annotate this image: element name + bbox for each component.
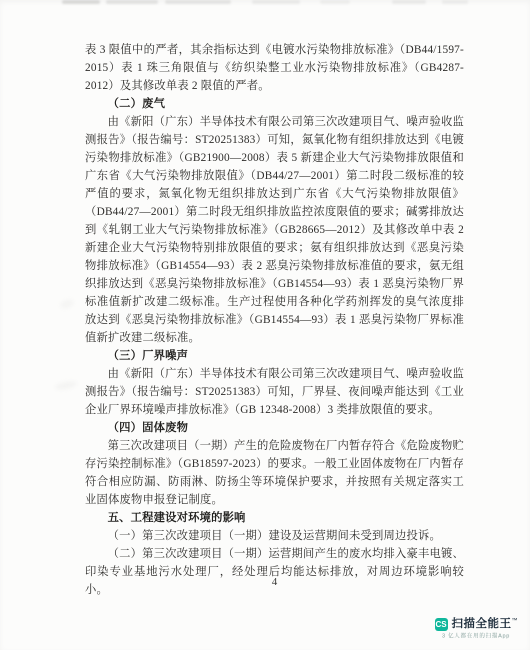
paragraph-impact-item-1: （一）第三次改建项目（一期）建设及运营期间未受到周边投诉。 bbox=[85, 527, 464, 545]
section-heading-solid-waste: （四）固体废物 bbox=[85, 419, 464, 437]
camscanner-cs-icon: CS bbox=[435, 618, 448, 631]
scan-artifact-fragment bbox=[62, 0, 100, 4]
scan-artifact-fragment bbox=[320, 0, 350, 4]
scan-artifact-fragment bbox=[392, 0, 426, 4]
scan-artifact-fragment bbox=[165, 0, 231, 4]
camscanner-watermark: CS 扫描全能王™ 3 亿人都在用的扫描App bbox=[435, 618, 519, 640]
scan-artifact-fragment bbox=[252, 0, 300, 4]
scan-artifact-fragment bbox=[442, 0, 468, 4]
trademark-symbol: ™ bbox=[512, 618, 519, 624]
scan-smudge bbox=[55, 380, 78, 391]
scan-smudge bbox=[59, 298, 75, 310]
section-heading-waste-gas: （二）废气 bbox=[85, 95, 464, 113]
camscanner-brand-name: 扫描全能王™ bbox=[452, 618, 519, 630]
camscanner-logo-row: CS 扫描全能王™ bbox=[435, 618, 519, 631]
page-number: 4 bbox=[85, 576, 464, 588]
scanned-document-page: 表 3 限值中的严者，其余指标达到《电镀水污染物排放标准》（DB44/1597-… bbox=[0, 0, 530, 650]
paragraph-continuation: 表 3 限值中的严者，其余指标达到《电镀水污染物排放标准》（DB44/1597-… bbox=[85, 41, 464, 95]
paragraph-solid-waste: 第三次改建项目（一期）产生的危险废物在厂内暂存符合《危险废物贮存污染控制标准》（… bbox=[85, 437, 464, 509]
scan-artifact-fragment bbox=[106, 0, 158, 4]
paragraph-waste-gas: 由《新阳（广东）半导体技术有限公司第三次改建项目气、噪声验收监测报告》（报告编号… bbox=[85, 113, 464, 347]
camscanner-tagline: 3 亿人都在用的扫描App bbox=[442, 634, 510, 640]
scan-edge-artifact bbox=[0, 0, 530, 8]
brand-text: 扫描全能王 bbox=[452, 618, 512, 630]
section-heading-environmental-impact: 五、工程建设对环境的影响 bbox=[85, 509, 464, 527]
section-heading-boundary-noise: （三）厂界噪声 bbox=[85, 347, 464, 365]
paragraph-boundary-noise: 由《新阳（广东）半导体技术有限公司第三次改建项目气、噪声验收监测报告》（报告编号… bbox=[85, 365, 464, 419]
paragraph-impact-item-2: （二）第三次改建项目（一期）运营期间产生的废水均排入豪丰电镀、印染专业基地污水处… bbox=[85, 545, 464, 599]
document-body: 表 3 限值中的严者，其余指标达到《电镀水污染物排放标准》（DB44/1597-… bbox=[85, 41, 464, 599]
